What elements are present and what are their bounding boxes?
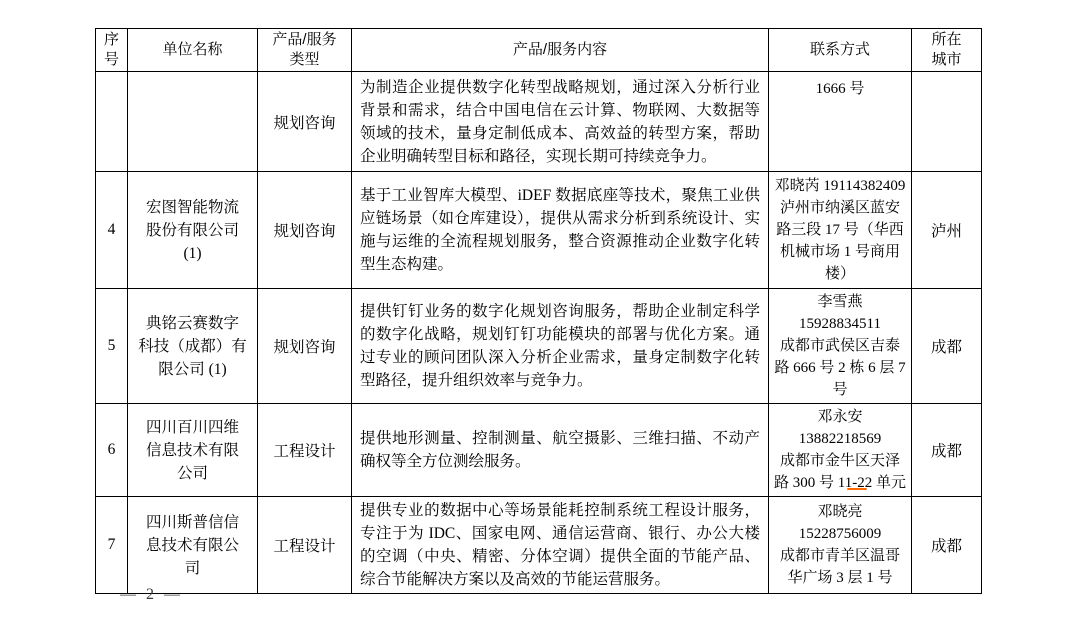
col-header-service-content: 产品/服务内容 xyxy=(352,29,769,72)
cell-contact: 邓晓亮 15228756009 成都市青羊区温哥 华广场 3 层 1 号 xyxy=(769,497,912,594)
cell-service-content: 提供专业的数据中心等场景能耗控制系统工程设计服务，专注于为 IDC、国家电网、通… xyxy=(352,497,769,594)
col-header-contact: 联系方式 xyxy=(769,29,912,72)
table-row: 4 宏图智能物流 股份有限公司 (1) 规划咨询 基于工业智库大模型、iDEF … xyxy=(96,172,982,289)
cell-service-type: 工程设计 xyxy=(258,404,352,497)
page-number: — 2 — xyxy=(120,585,180,605)
cell-city xyxy=(912,72,982,172)
cell-service-type: 规划咨询 xyxy=(258,72,352,172)
cell-service-type: 规划咨询 xyxy=(258,172,352,289)
col-header-seq: 序 号 xyxy=(96,29,128,72)
table-row: 5 典铭云赛数字 科技（成都）有 限公司 (1) 规划咨询 提供钉钉业务的数字化… xyxy=(96,289,982,404)
cell-company-name xyxy=(128,72,258,172)
cell-city: 泸州 xyxy=(912,172,982,289)
cell-contact: 1666 号 xyxy=(769,72,912,172)
cell-company-name: 宏图智能物流 股份有限公司 (1) xyxy=(128,172,258,289)
document-page: 序 号 单位名称 产品/服务 类型 产品/服务内容 联系方式 所在 城市 规划咨… xyxy=(0,0,1080,617)
cell-service-content: 为制造企业提供数字化转型战略规划，通过深入分析行业背景和需求，结合中国电信在云计… xyxy=(352,72,769,172)
cell-seq: 7 xyxy=(96,497,128,594)
cell-seq: 6 xyxy=(96,404,128,497)
cell-service-content: 提供钉钉业务的数字化规划咨询服务，帮助企业制定科学的数字化战略，规划钉钉功能模块… xyxy=(352,289,769,404)
cell-service-type: 规划咨询 xyxy=(258,289,352,404)
table-row: 7 四川斯普信信 息技术有限公 司 工程设计 提供专业的数据中心等场景能耗控制系… xyxy=(96,497,982,594)
table-row: 规划咨询 为制造企业提供数字化转型战略规划，通过深入分析行业背景和需求，结合中国… xyxy=(96,72,982,172)
cell-service-type: 工程设计 xyxy=(258,497,352,594)
cell-city: 成都 xyxy=(912,497,982,594)
cell-company-name: 典铭云赛数字 科技（成都）有 限公司 (1) xyxy=(128,289,258,404)
cell-company-name: 四川斯普信信 息技术有限公 司 xyxy=(128,497,258,594)
cell-seq: 5 xyxy=(96,289,128,404)
cell-city: 成都 xyxy=(912,404,982,497)
cell-contact: 邓永安 13882218569 成都市金牛区天泽 路 300 号 11-22 单… xyxy=(769,404,912,497)
col-header-city: 所在 城市 xyxy=(912,29,982,72)
cell-contact: 李雪燕 15928834511 成都市武侯区吉泰 路 666 号 2 栋 6 层… xyxy=(769,289,912,404)
spellcheck-underline-mark xyxy=(847,488,867,490)
col-header-company-name: 单位名称 xyxy=(128,29,258,72)
company-table: 序 号 单位名称 产品/服务 类型 产品/服务内容 联系方式 所在 城市 规划咨… xyxy=(95,28,982,594)
cell-city: 成都 xyxy=(912,289,982,404)
cell-company-name: 四川百川四维 信息技术有限 公司 xyxy=(128,404,258,497)
cell-service-content: 基于工业智库大模型、iDEF 数据底座等技术，聚焦工业供应链场景（如仓库建设），… xyxy=(352,172,769,289)
cell-service-content: 提供地形测量、控制测量、航空摄影、三维扫描、不动产确权等全方位测绘服务。 xyxy=(352,404,769,497)
table-row: 6 四川百川四维 信息技术有限 公司 工程设计 提供地形测量、控制测量、航空摄影… xyxy=(96,404,982,497)
table-header-row: 序 号 单位名称 产品/服务 类型 产品/服务内容 联系方式 所在 城市 xyxy=(96,29,982,72)
cell-contact: 邓晓芮 19114382409 泸州市纳溪区蓝安 路三段 17 号（华西 机械市… xyxy=(769,172,912,289)
col-header-service-type: 产品/服务 类型 xyxy=(258,29,352,72)
cell-seq: 4 xyxy=(96,172,128,289)
cell-seq xyxy=(96,72,128,172)
